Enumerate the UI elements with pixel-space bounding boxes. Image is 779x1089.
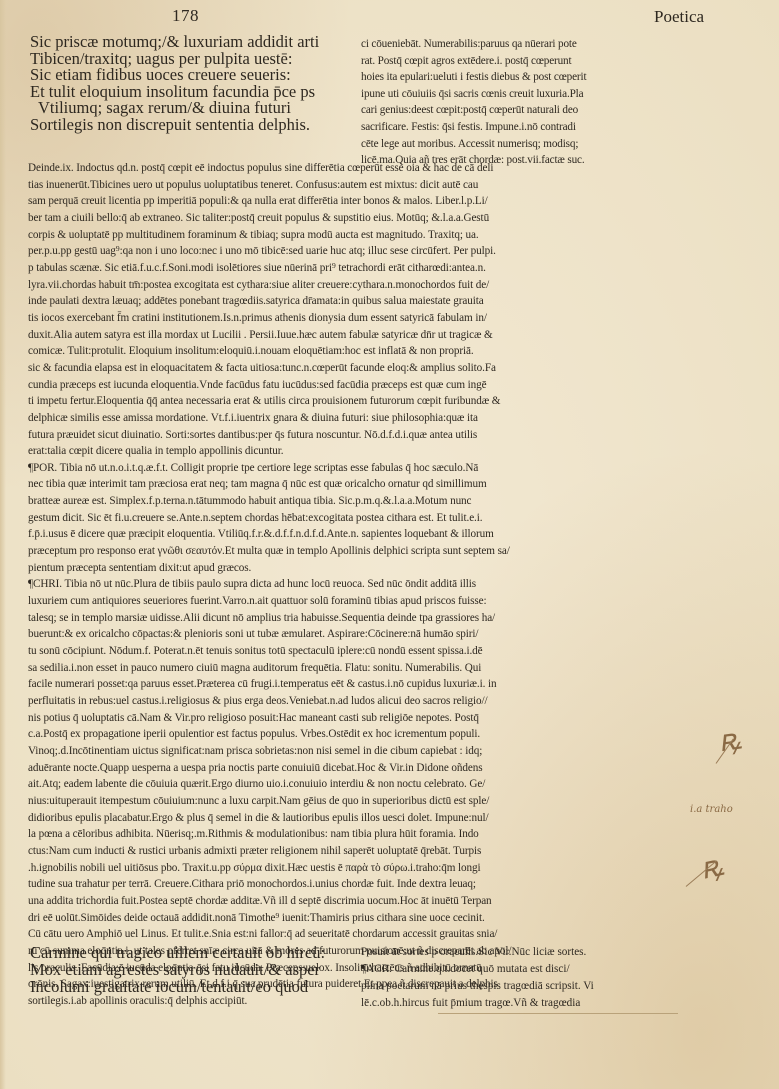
commentary-line: futura præuidet sicut diuinatio. Sorti:s…: [28, 427, 682, 444]
commentary-line: dri eē uolūt.Simōides deide octauā addid…: [28, 910, 682, 927]
commentary-line: c.a.Postq̄ ex propagatione iperii opulen…: [28, 726, 682, 743]
commentary-line: didioribus epulis placabatur.Ergo & plus…: [28, 810, 682, 827]
gloss-line: Posuit āt sortes p oraculis.Sic Vir.Nūc …: [361, 944, 681, 961]
commentary-line: ti impetu fertur.Eloquentia q̄q̄ antea n…: [28, 393, 682, 410]
commentary-line: præceptum pro responso erat γνῶθι σεαυτό…: [28, 543, 682, 560]
verse-block-1: Sic priscæ motumq;/& luxuriam addidit ar…: [30, 34, 360, 134]
commentary-line: nis potius q̄ uoluptatis cā.Nam & Vir.pr…: [28, 710, 682, 727]
commentary-line: una addita trichordia fuit.Postea septē …: [28, 893, 682, 910]
commentary-line: Cū cātu uero Amphiō uel Linus. Et tulit.…: [28, 926, 682, 943]
commentary-line: pientum præcepta sententiam dixit:ut apu…: [28, 560, 682, 577]
gloss-line: cēte lege aut moribus. Accessit numerisq…: [361, 136, 671, 153]
commentary-line: Vinoq;.d.Incōtinentiam uictus significat…: [28, 743, 682, 760]
commentary-line: delphicæ similis esse amissa mordatione.…: [28, 410, 682, 427]
commentary-line: Deinde.ix. Indoctus qd.n. postq̄ cœpit e…: [28, 160, 682, 177]
commentary-line: nec tibia quæ interimit tam præciosa era…: [28, 476, 682, 493]
commentary-section-por: ¶POR. Tibia nō ut.n.o.i.t.q.æ.f.t. Colli…: [28, 460, 682, 477]
verse-line: Carmine qui tragico uillem certauit ob h…: [30, 944, 360, 961]
commentary-line: bratteæ aureæ est. Simplex.f.p.terna.n.t…: [28, 493, 682, 510]
commentary-line: buerunt:& ex oricalcho cōpactas:& plenio…: [28, 626, 682, 643]
commentary-line: la pœna a cēloribus adhibita. Nūerisq;.m…: [28, 826, 682, 843]
gloss-line: cari genius:deest cœpit:postq̄ cœperūt n…: [361, 102, 671, 119]
commentary-line: aduērante nocte.Quapp uesperna a uespa p…: [28, 760, 682, 777]
page-edge: [0, 0, 6, 1089]
commentary-line: duxit.Alia autem satyra est illa mordax …: [28, 327, 682, 344]
gloss-line: hoies ita epulari:ueluti i festis diebus…: [361, 69, 671, 86]
gloss-line: lē.c.ob.h.hircus fuit p̄mium tragœ.Vñ & …: [361, 995, 681, 1012]
commentary-line: nius:uituperauit itempestum cōuiuium:nun…: [28, 793, 682, 810]
marginal-note-manicule: ꝶ: [715, 717, 743, 761]
gloss-column-right: ci cōueniebāt. Numerabilis:paruus qa nūe…: [361, 36, 671, 169]
gloss-line: sacrificare. Festis: q̄si festis. Impune…: [361, 119, 671, 136]
gloss-section-acr: ¶ACR. Carmine.q.t.docet quō mutata est d…: [361, 961, 681, 978]
commentary-line: talesq; se in templo marsiæ uidisse.Alii…: [28, 610, 682, 627]
commentary-line: lyra.vii.chordas habuit tm̄:postea excog…: [28, 277, 682, 294]
page-number: 178: [172, 6, 199, 26]
commentary-line: luxuriem cum antiquiores seueriores fuer…: [28, 593, 682, 610]
gloss-line: ci cōueniebāt. Numerabilis:paruus qa nūe…: [361, 36, 671, 53]
commentary-line: sa sedilia.i.non esset in pauco numero c…: [28, 660, 682, 677]
commentary-line: ait.Atq; eadem labente die cōuiuia quæri…: [28, 776, 682, 793]
running-head: Poetica: [654, 7, 704, 27]
book-page: 178 Poetica Sic priscæ motumq;/& luxuria…: [0, 0, 779, 1089]
commentary-line: per.p.u.pp gestū uag⁹:qa non i uno loco:…: [28, 243, 682, 260]
commentary-line: sic & facundia elapsa est in eloquacitat…: [28, 360, 682, 377]
commentary-line: tias inuenerūt.Tibicines uero ut populus…: [28, 177, 682, 194]
gloss-line: rat. Postq̄ cœpit agros extēdere.i. post…: [361, 53, 671, 70]
commentary-line: corpis & uoluptatē pp multitudinem foram…: [28, 227, 682, 244]
underline-rule: [438, 1013, 678, 1014]
commentary-line: sam perquā creuit licentia pp imperitiā …: [28, 193, 682, 210]
commentary-line: perfluitatis in rebus:uel castus.i.relig…: [28, 693, 682, 710]
commentary-line: erat:talia cœpit dicere qualia in templo…: [28, 443, 682, 460]
gloss-column-right-2: Posuit āt sortes p oraculis.Sic Vir.Nūc …: [361, 944, 681, 1012]
commentary-block: Deinde.ix. Indoctus qd.n. postq̄ cœpit e…: [28, 160, 682, 1009]
gloss-line: plina poetarum nā prius thespis tragœdiā…: [361, 978, 681, 995]
commentary-line: inde paulati dextra læuaq; addētes poneb…: [28, 293, 682, 310]
commentary-line: gestum dicit. Sic ēt fi.u.creuere se.Ant…: [28, 510, 682, 527]
marginal-note-text: i.a traho: [690, 804, 733, 815]
commentary-section-chri: ¶CHRI. Tibia nō ut nūc.Plura de tibiis p…: [28, 576, 682, 593]
commentary-line: .h.ignobilis nobili uel uitiōsus pbo. Tr…: [28, 860, 682, 877]
verse-block-2: Carmine qui tragico uillem certauit ob h…: [30, 944, 360, 995]
commentary-line: cundia præceps est iucunda eloquentia.Vn…: [28, 377, 682, 394]
commentary-line: p tabulas scænæ. Sic etiā.f.u.c.f.Soni.m…: [28, 260, 682, 277]
verse-line: Sortilegis non discrepuit sententia delp…: [30, 117, 360, 134]
commentary-line: ber tam a ciuili bello:q̄ ab extraneo. S…: [28, 210, 682, 227]
verse-line: Mox etiam agrestes satyros nudauit/& asp…: [30, 961, 360, 978]
commentary-line: tudine sua trahatur per terrā. Creuere.C…: [28, 876, 682, 893]
commentary-line: ctus:Nam cum inducti & rustici urbanis a…: [28, 843, 682, 860]
commentary-line: comicæ. Tulit:protulit. Eloquium insolit…: [28, 343, 682, 360]
commentary-line: tis iocos exercebant f̄m cratini institu…: [28, 310, 682, 327]
commentary-line: facile numerari posset:qa paruus esset.P…: [28, 676, 682, 693]
commentary-line: tu sonū cōcipiunt. Nōdum.f. Poterat.n.ēt…: [28, 643, 682, 660]
commentary-line: f.p̄.i.usus ē dicere quæ præcipit eloque…: [28, 526, 682, 543]
verse-line: Incolumi grauitate iocum/tentauit/eo quo…: [30, 978, 360, 995]
gloss-line: ipune uti cōuiuiis q̄si sacris cœnis cre…: [361, 86, 671, 103]
